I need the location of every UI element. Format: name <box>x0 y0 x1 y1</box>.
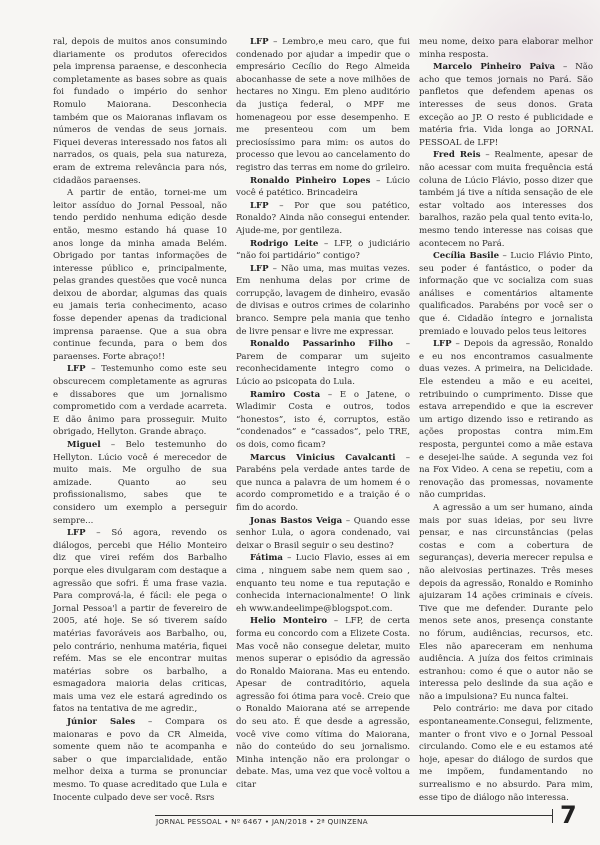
comment: Cecília Basile – Lucio Flávio Pinto, seu… <box>419 250 593 338</box>
comment: Rodrigo Leite – LFP, o judiciário “não f… <box>236 238 410 263</box>
paragraph-text: ral, depois de muitos anos consumindo di… <box>53 37 227 186</box>
comment: LFP – Por que sou patético, Ronaldo? Ain… <box>236 200 410 238</box>
comment-text: – Belo testemunho do Hellyton. Lúcio voc… <box>53 440 227 526</box>
comment: LFP – Só agora, revendo os diálogos, per… <box>53 527 227 716</box>
comment-text: – Não acho que temos jornais no Pará. Sã… <box>419 62 593 148</box>
comment-author: Helio Monteiro <box>250 616 327 626</box>
page-footer: JORNAL PESSOAL • Nº 6467 • JAN/2018 • 2ª… <box>152 815 587 845</box>
comment: LFP – Testemunho como este seu obscurece… <box>53 363 227 439</box>
paragraph-text: A agressão a um ser humano, ainda mais p… <box>419 503 593 702</box>
publication-masthead: JORNAL PESSOAL • Nº 6467 • JAN/2018 • 2ª… <box>156 817 368 826</box>
comment-text: – Testemunho como este seu obscurecem co… <box>53 364 227 437</box>
comment: Ronaldo Pinheiro Lopes – Lúcio você é pa… <box>236 175 410 200</box>
comment: Miguel – Belo testemunho do Hellyton. Lú… <box>53 439 227 527</box>
comment-author: Miguel <box>67 440 101 450</box>
comment-author: LFP <box>250 264 269 274</box>
comment-author: Marcus Vinicius Cavalcanti <box>250 453 396 463</box>
comment-author: LFP <box>433 339 452 349</box>
comment: Ronaldo Passarinho Filho – Parem de comp… <box>236 338 410 388</box>
paragraph-text: A partir de então, tornei-me um leitor a… <box>53 188 227 362</box>
comment-author: Ronaldo Passarinho Filho <box>250 339 393 349</box>
comment: Marcelo Pinheiro Paiva – Não acho que te… <box>419 61 593 149</box>
paragraph-text: Pelo contrário: me dava por citado espon… <box>419 704 593 802</box>
comment: Fred Reis – Realmente, apesar de não ace… <box>419 149 593 250</box>
comment-text: – Não uma, mas muitas vezes. Em nenhuma … <box>236 264 410 337</box>
comment-author: Júnior Sales <box>67 717 135 727</box>
comment: Júnior Sales – Compara os maionaras e po… <box>53 716 227 804</box>
footer-divider <box>552 809 553 823</box>
comment-author: LFP <box>250 201 269 211</box>
comment: Helio Monteiro – LFP, de certa forma eu … <box>236 615 410 791</box>
comment-author: LFP <box>67 528 86 538</box>
comment: LFP – Depois da agressão, Ronaldo e eu n… <box>419 338 593 502</box>
comment: LFP – Não uma, mas muitas vezes. Em nenh… <box>236 263 410 339</box>
comment: Ramiro Costa – E o Jatene, o Wladimir Co… <box>236 389 410 452</box>
comment-text: – Lucio Flávio Pinto, seu poder é fantás… <box>419 251 593 337</box>
comment: Marcus Vinicius Cavalcanti – Parabéns pe… <box>236 452 410 515</box>
comment-text: – Realmente, apesar de não acessar com m… <box>419 150 593 248</box>
article-body: ral, depois de muitos anos consumindo di… <box>53 36 593 771</box>
comment-author: Ronaldo Pinheiro Lopes <box>250 176 370 186</box>
comment-author: Rodrigo Leite <box>250 239 318 249</box>
comment-author: LFP <box>67 364 86 374</box>
comment-author: Cecília Basile <box>433 251 499 261</box>
comment: Fátima – Lucio Flavio, esses ai em cima … <box>236 552 410 615</box>
page-number: 7 <box>560 801 577 829</box>
column-3: meu nome, deixo para elaborar melhor min… <box>419 36 593 771</box>
comment-author: Jonas Bastos Veiga <box>250 516 342 526</box>
paragraph: A partir de então, tornei-me um leitor a… <box>53 187 227 363</box>
comment-text: – Compara os maionaras e povo da CR Alme… <box>53 717 227 803</box>
paragraph-text: meu nome, deixo para elaborar melhor min… <box>419 37 593 60</box>
comment-author: Marcelo Pinheiro Paiva <box>433 62 555 72</box>
paragraph: A agressão a um ser humano, ainda mais p… <box>419 502 593 704</box>
column-2: LFP – Lembro,e meu caro, que fui condena… <box>236 36 410 771</box>
comment: Jonas Bastos Veiga – Quando esse senhor … <box>236 515 410 553</box>
comment-text: – Só agora, revendo os diálogos, percebi… <box>53 528 227 714</box>
paragraph: ral, depois de muitos anos consumindo di… <box>53 36 227 187</box>
comment-author: Fátima <box>250 553 283 563</box>
comment-author: Ramiro Costa <box>250 390 320 400</box>
comment-text: – Depois da agressão, Ronaldo e eu nos e… <box>419 339 593 500</box>
comment-text: – Lembro,e meu caro, que fui condenado p… <box>236 37 410 173</box>
paragraph: meu nome, deixo para elaborar melhor min… <box>419 36 593 61</box>
comment-author: Fred Reis <box>433 150 481 160</box>
comment-author: LFP <box>250 37 269 47</box>
comment: LFP – Lembro,e meu caro, que fui condena… <box>236 36 410 175</box>
footer-rule <box>155 815 553 816</box>
paragraph: Pelo contrário: me dava por citado espon… <box>419 703 593 804</box>
column-1: ral, depois de muitos anos consumindo di… <box>53 36 227 771</box>
comment-text: – LFP, de certa forma eu concordo com a … <box>236 616 410 790</box>
